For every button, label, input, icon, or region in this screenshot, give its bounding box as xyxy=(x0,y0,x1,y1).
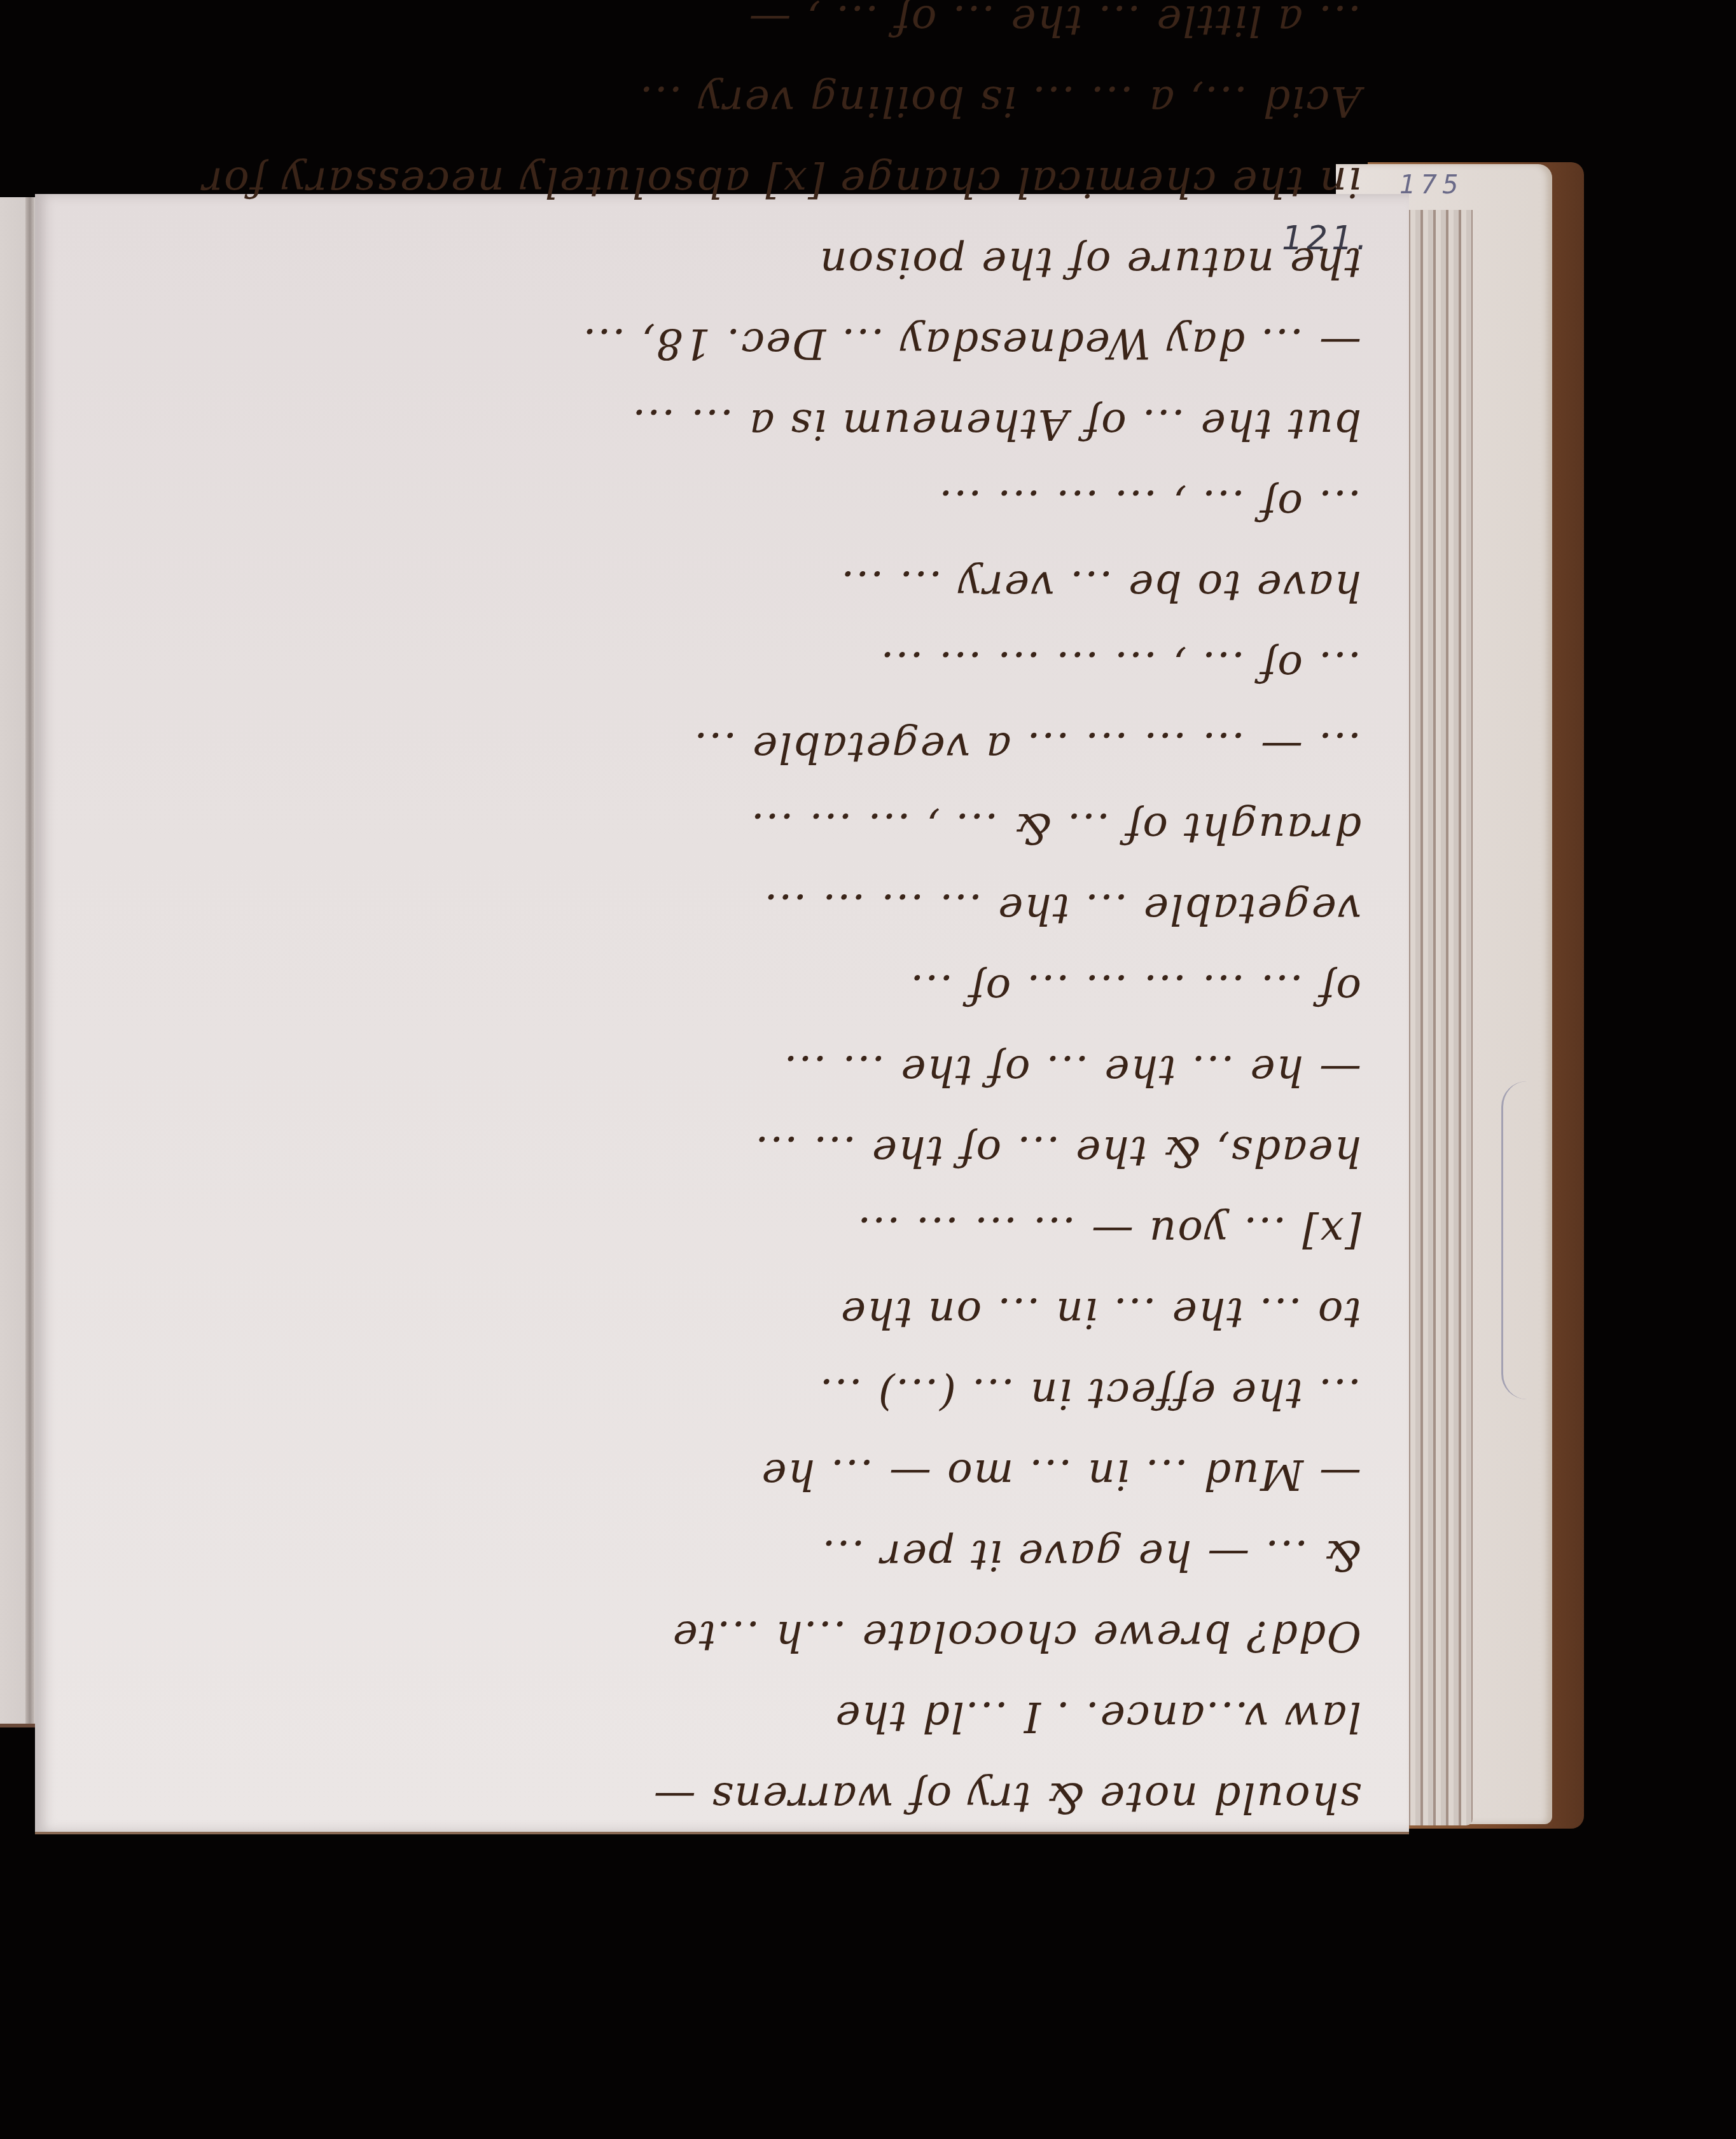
handwritten-line: draught of ... & ... , ... ... ... xyxy=(293,788,1361,869)
handwritten-line: & ... — he gave it per ... xyxy=(293,1515,1361,1596)
handwritten-line: but the ... of Atheneum is a ... ... xyxy=(293,384,1361,465)
handwritten-line: heads, & the ... of the ... ... xyxy=(293,1111,1361,1192)
handwritten-line: — Mud ... in ... mo — ... he xyxy=(293,1434,1361,1515)
handwritten-line: vegetable ... the ... ... ... ... xyxy=(293,869,1361,950)
handwritten-line: ... of ... , ... ... ... ... xyxy=(293,465,1361,546)
handwritten-line: ... a little ... the ... of ... , — xyxy=(293,0,1361,61)
handwritten-line: [x] ... you — ... ... ... ... xyxy=(293,1192,1361,1273)
handwritten-line: — ... day Wednesday ... Dec. 18, ... xyxy=(293,303,1361,384)
handwritten-line: in the chemical change [x] absolutely ne… xyxy=(293,142,1361,223)
handwritten-line: of ... ... ... ... ... of ... xyxy=(293,950,1361,1030)
handwritten-text-block: should note & try of warrens —law v...an… xyxy=(293,502,1361,1838)
handwritten-line: Odd? brewe chocolate ...h ...te xyxy=(293,1596,1361,1677)
handwritten-line: ... the effect in ... (...) ... xyxy=(293,1353,1361,1434)
handwritten-line: to ... the ... in ... on the xyxy=(293,1273,1361,1353)
handwritten-line: ... — ... ... ... ... a vegetable ... xyxy=(293,707,1361,788)
gutter xyxy=(25,197,34,1724)
handwritten-line: ... of ... , ... ... ... ... ... xyxy=(293,626,1361,707)
handwritten-line: should note & try of warrens — xyxy=(293,1757,1361,1838)
handwritten-line: have to be ... very ... ... xyxy=(293,546,1361,626)
pencil-marks xyxy=(1501,1081,1592,1399)
handwritten-line: law v...ance. . I ...ld the xyxy=(293,1677,1361,1757)
page-stack xyxy=(1403,210,1473,1825)
handwritten-line: the nature of the poison xyxy=(293,223,1361,303)
old-folio-number: 175 xyxy=(1399,170,1463,200)
handwritten-line: Acid ..., a ... ... is boiling very ... xyxy=(293,61,1361,142)
handwritten-line: — he ... the ... of the ... ... xyxy=(293,1030,1361,1111)
